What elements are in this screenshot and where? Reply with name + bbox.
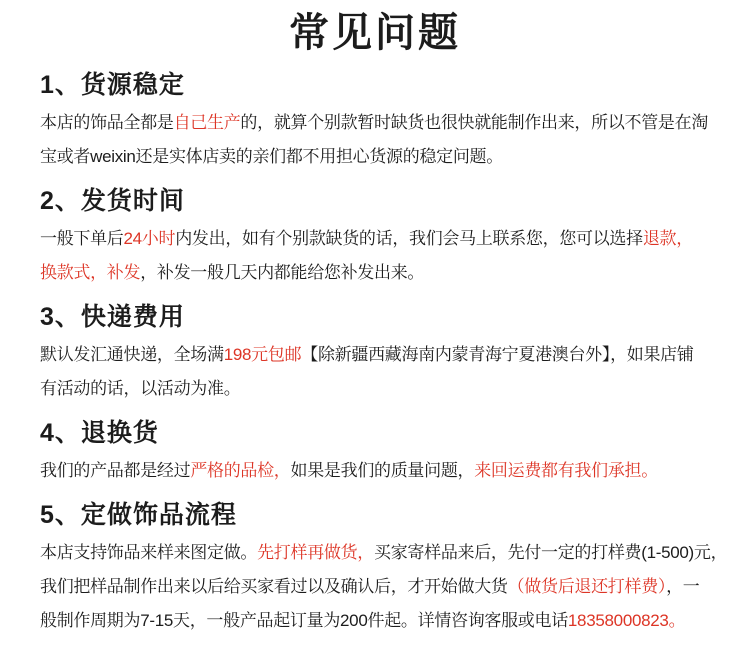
section-paragraph: 一般下单后24小时内发出，如有个别款缺货的话，我们会马上联系您，您可以选择退款，… bbox=[40, 222, 710, 290]
body-text: 【除新疆西藏海南内蒙青海宁夏港澳台外】，如果店铺 bbox=[301, 345, 693, 364]
section-paragraph: 本店的饰品全都是自己生产的，就算个别款暂时缺货也很快就能制作出来，所以不管是在淘… bbox=[40, 106, 710, 174]
text-line: 一般下单后24小时内发出，如有个别款缺货的话，我们会马上联系您，您可以选择退款， bbox=[40, 222, 710, 256]
highlight-text: 198元包邮 bbox=[224, 345, 302, 364]
body-text: 如果是我们的质量问题， bbox=[291, 461, 475, 480]
section-heading: 4、退换货 bbox=[40, 418, 710, 448]
body-text: ，一 bbox=[666, 577, 699, 596]
text-line: 默认发汇通快递，全场满198元包邮【除新疆西藏海南内蒙青海宁夏港澳台外】，如果店… bbox=[40, 338, 710, 372]
faq-section-supply-stability: 1、货源稳定本店的饰品全都是自己生产的，就算个别款暂时缺货也很快就能制作出来，所… bbox=[40, 70, 710, 174]
faq-document: 常见问题 1、货源稳定本店的饰品全都是自己生产的，就算个别款暂时缺货也很快就能制… bbox=[0, 0, 750, 653]
highlight-text: 18358000823 bbox=[568, 611, 669, 630]
section-heading: 3、快递费用 bbox=[40, 302, 710, 332]
highlight-text: 。 bbox=[669, 611, 686, 630]
text-line: 我们的产品都是经过严格的品检，如果是我们的质量问题，来回运费都有我们承担。 bbox=[40, 454, 710, 488]
section-paragraph: 本店支持饰品来样来图定做。先打样再做货，买家寄样品来后，先付一定的打样费(1-5… bbox=[40, 536, 710, 638]
body-text: 本店支持饰品来样来图定做。 bbox=[40, 543, 257, 562]
text-line: 本店支持饰品来样来图定做。先打样再做货，买家寄样品来后，先付一定的打样费(1-5… bbox=[40, 536, 710, 570]
highlight-text: 换款式，补发 bbox=[40, 263, 140, 282]
body-text: 我们的产品都是经过 bbox=[40, 461, 190, 480]
faq-section-returns: 4、退换货我们的产品都是经过严格的品检，如果是我们的质量问题，来回运费都有我们承… bbox=[40, 418, 710, 488]
section-heading: 1、货源稳定 bbox=[40, 70, 710, 100]
highlight-text: 退款， bbox=[643, 229, 693, 248]
body-text: 买家寄样品来后，先付一定的打样费(1-500)元， bbox=[374, 543, 727, 562]
page-title: 常见问题 bbox=[40, 8, 710, 58]
text-line: 有活动的话，以活动为准。 bbox=[40, 372, 710, 406]
body-text: 的，就算个别款暂时缺货也很快就能制作出来，所以不管是在淘 bbox=[240, 113, 708, 132]
highlight-text: 先打样再做货， bbox=[257, 543, 374, 562]
body-text: 内发出，如有个别款缺货的话，我们会马上联系您，您可以选择 bbox=[175, 229, 643, 248]
faq-sections: 1、货源稳定本店的饰品全都是自己生产的，就算个别款暂时缺货也很快就能制作出来，所… bbox=[40, 70, 710, 638]
text-line: 宝或者weixin还是实体店卖的亲们都不用担心货源的稳定问题。 bbox=[40, 140, 710, 174]
section-paragraph: 默认发汇通快递，全场满198元包邮【除新疆西藏海南内蒙青海宁夏港澳台外】，如果店… bbox=[40, 338, 710, 406]
body-text: 般制作周期为7-15天，一般产品起订量为200件起。详情咨询客服或电话 bbox=[40, 611, 568, 630]
body-text: ，补发一般几天内都能给您补发出来。 bbox=[140, 263, 424, 282]
section-heading: 2、发货时间 bbox=[40, 186, 710, 216]
text-line: 般制作周期为7-15天，一般产品起订量为200件起。详情咨询客服或电话18358… bbox=[40, 604, 710, 638]
body-text: 宝或者weixin还是实体店卖的亲们都不用担心货源的稳定问题。 bbox=[40, 147, 503, 166]
highlight-text: （做货后退还打样费） bbox=[508, 577, 667, 596]
body-text: 默认发汇通快递，全场满 bbox=[40, 345, 224, 364]
highlight-text: 自己生产 bbox=[174, 113, 241, 132]
faq-section-shipping-fee: 3、快递费用默认发汇通快递，全场满198元包邮【除新疆西藏海南内蒙青海宁夏港澳台… bbox=[40, 302, 710, 406]
body-text: 一般下单后 bbox=[40, 229, 124, 248]
body-text: 本店的饰品全都是 bbox=[40, 113, 174, 132]
highlight-text: 严格的品检， bbox=[190, 461, 290, 480]
text-line: 本店的饰品全都是自己生产的，就算个别款暂时缺货也很快就能制作出来，所以不管是在淘 bbox=[40, 106, 710, 140]
text-line: 换款式，补发，补发一般几天内都能给您补发出来。 bbox=[40, 256, 710, 290]
faq-section-custom-order-process: 5、定做饰品流程本店支持饰品来样来图定做。先打样再做货，买家寄样品来后，先付一定… bbox=[40, 500, 710, 638]
faq-section-shipping-time: 2、发货时间一般下单后24小时内发出，如有个别款缺货的话，我们会马上联系您，您可… bbox=[40, 186, 710, 290]
section-heading: 5、定做饰品流程 bbox=[40, 500, 710, 530]
body-text: 我们把样品制作出来以后给买家看过以及确认后，才开始做大货 bbox=[40, 577, 508, 596]
text-line: 我们把样品制作出来以后给买家看过以及确认后，才开始做大货（做货后退还打样费），一 bbox=[40, 570, 710, 604]
section-paragraph: 我们的产品都是经过严格的品检，如果是我们的质量问题，来回运费都有我们承担。 bbox=[40, 454, 710, 488]
highlight-text: 来回运费都有我们承担。 bbox=[474, 461, 658, 480]
body-text: 有活动的话，以活动为准。 bbox=[40, 379, 240, 398]
highlight-text: 24小时 bbox=[124, 229, 176, 248]
